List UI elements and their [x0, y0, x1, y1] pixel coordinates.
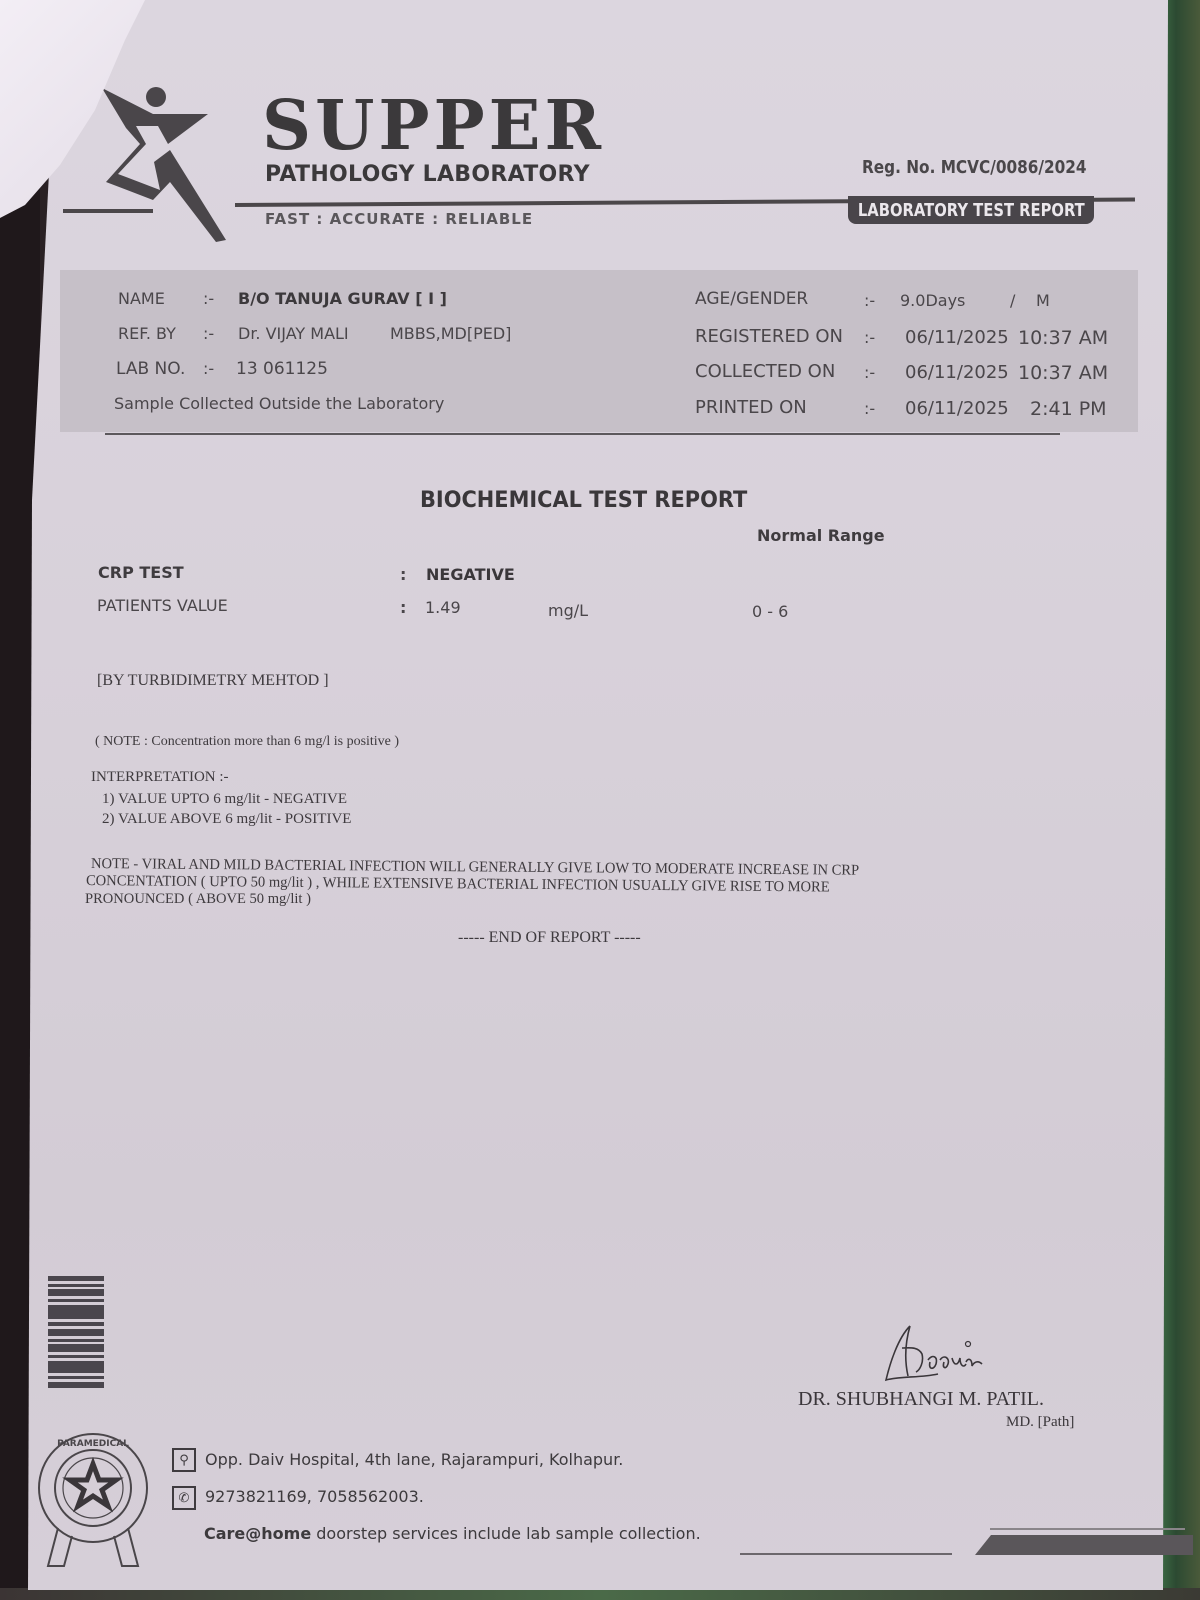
registration-number: Reg. No. MCVC/0086/2024: [862, 157, 1087, 178]
value-separator: :: [400, 598, 406, 617]
footer-rule: [740, 1553, 952, 1555]
registered-time: 10:37 AM: [1018, 327, 1108, 349]
age-gender-label: AGE/GENDER: [695, 289, 808, 309]
referring-doctor-qualification: MBBS,MD[PED]: [390, 324, 511, 343]
normal-range-value: 0 - 6: [752, 602, 788, 621]
patient-gender: M: [1036, 291, 1050, 310]
referring-doctor: Dr. VIJAY MALI: [238, 324, 349, 343]
value-label: PATIENTS VALUE: [97, 596, 228, 615]
lab-no-label: LAB NO.: [116, 359, 185, 379]
lab-address: Opp. Daiv Hospital, 4th lane, Rajarampur…: [205, 1450, 623, 1469]
footer-rule: [990, 1528, 1185, 1530]
interpretation-item: 2) VALUE ABOVE 6 mg/lit - POSITIVE: [102, 811, 351, 828]
footer-accent-bar: [975, 1535, 1193, 1555]
lab-number: 13 061125: [236, 359, 328, 379]
gender-separator: /: [1010, 291, 1015, 310]
report-title: BIOCHEMICAL TEST REPORT: [420, 488, 747, 513]
interpretation-item: 1) VALUE UPTO 6 mg/lit - NEGATIVE: [102, 791, 347, 808]
normal-range-header: Normal Range: [757, 526, 885, 545]
printed-time: 2:41 PM: [1030, 398, 1107, 420]
test-method: [BY TURBIDIMETRY MEHTOD ]: [97, 672, 329, 690]
signatory-name: DR. SHUBHANGI M. PATIL.: [798, 1388, 1044, 1411]
patient-name: B/O TANUJA GURAV [ I ]: [238, 289, 447, 308]
registered-date: 06/11/2025: [905, 327, 1009, 348]
printed-date: 06/11/2025: [905, 398, 1009, 419]
collected-label: COLLECTED ON: [695, 361, 835, 382]
phone-icon: ✆: [172, 1486, 196, 1510]
ref-separator: :-: [203, 324, 214, 343]
positivity-note: ( NOTE : Concentration more than 6 mg/l …: [95, 734, 399, 750]
name-label: NAME: [118, 289, 165, 308]
end-of-report: ----- END OF REPORT -----: [458, 929, 641, 947]
patient-value: 1.49: [425, 598, 461, 617]
council-seal-icon: PARAMEDICAL: [34, 1428, 152, 1578]
service-brand: Care@home: [204, 1524, 311, 1543]
signatory-qualification: MD. [Path]: [1006, 1414, 1074, 1431]
registered-separator: :-: [864, 328, 875, 347]
collected-separator: :-: [864, 363, 875, 382]
registered-label: REGISTERED ON: [695, 326, 843, 347]
report-type-badge: LABORATORY TEST REPORT: [848, 196, 1094, 224]
svg-text:PARAMEDICAL: PARAMEDICAL: [57, 1439, 129, 1449]
lab-no-separator: :-: [203, 359, 214, 378]
test-separator: :: [400, 565, 406, 584]
collected-date: 06/11/2025: [905, 362, 1009, 383]
lab-logo-icon: [98, 82, 238, 242]
brand-tagline: FAST : ACCURATE : RELIABLE: [265, 210, 533, 228]
value-unit: mg/L: [548, 601, 588, 620]
location-pin-icon: ⚲: [172, 1448, 196, 1472]
age-separator: :-: [864, 291, 875, 310]
barcode: [46, 1276, 104, 1388]
patient-panel-divider: [105, 433, 1060, 435]
brand-subtitle: PATHOLOGY LABORATORY: [265, 162, 590, 187]
doctor-signature: [880, 1318, 1010, 1388]
logo-underline: [63, 209, 153, 213]
test-name: CRP TEST: [98, 563, 184, 582]
interpretation-title: INTERPRETATION :-: [91, 769, 229, 786]
lab-phone: 9273821169, 7058562003.: [205, 1487, 424, 1506]
printed-separator: :-: [864, 399, 875, 418]
name-separator: :-: [203, 289, 214, 308]
printed-label: PRINTED ON: [695, 397, 807, 418]
sample-note: Sample Collected Outside the Laboratory: [114, 394, 444, 413]
brand-name: SUPPER: [262, 92, 605, 160]
service-note: Care@home doorstep services include lab …: [204, 1524, 701, 1543]
clinical-note-line: PRONOUNCED ( ABOVE 50 mg/lit ): [85, 891, 311, 908]
collected-time: 10:37 AM: [1018, 362, 1108, 384]
service-text: doorstep services include lab sample col…: [311, 1524, 700, 1543]
patient-age: 9.0Days: [900, 291, 965, 310]
test-result: NEGATIVE: [426, 565, 515, 584]
ref-label: REF. BY: [118, 324, 176, 343]
